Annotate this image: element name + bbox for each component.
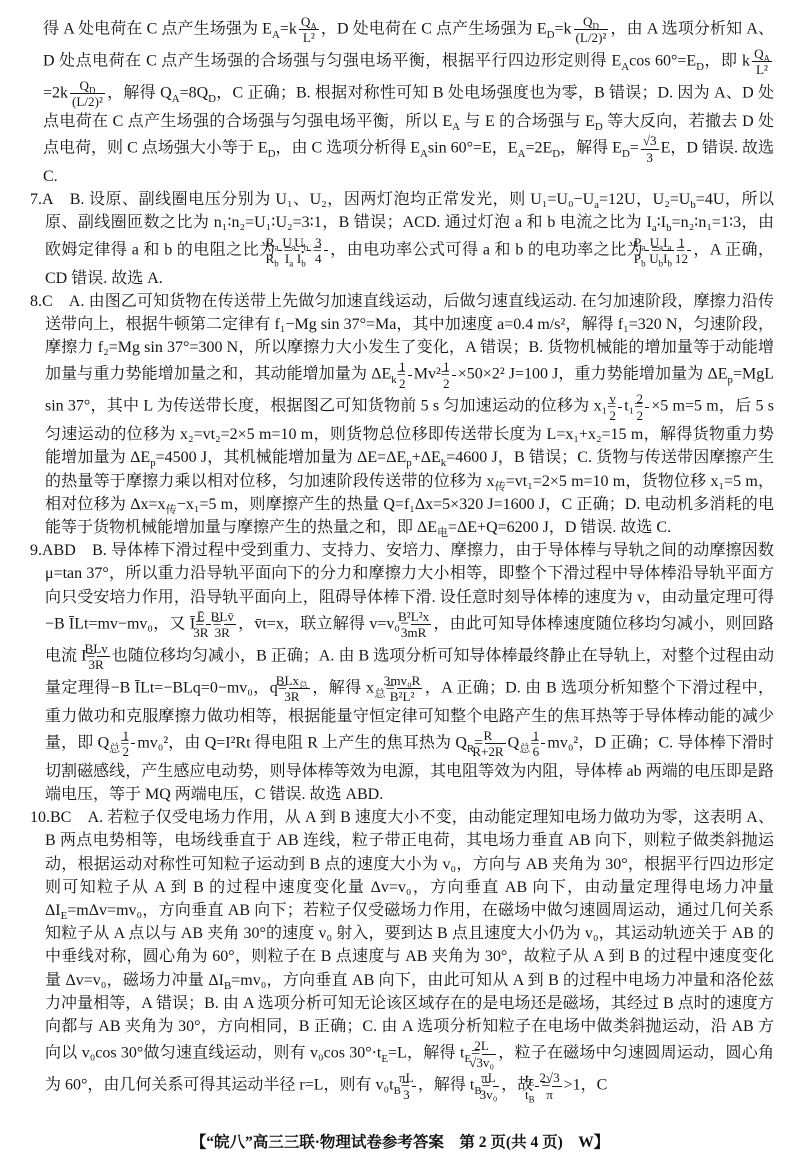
fraction: BLv̄3R — [224, 609, 236, 641]
fraction: 22 — [645, 391, 649, 423]
fraction: 3mv₀RB²L² — [397, 673, 423, 705]
fraction: RaRb — [278, 235, 282, 267]
fraction: BLx总3R — [289, 673, 310, 705]
fraction: 12 — [408, 359, 412, 391]
fraction: Ē3R — [206, 609, 210, 641]
fraction: √33 — [641, 133, 659, 165]
fraction: 2L√3v₀ — [482, 1038, 496, 1070]
fraction: 16 — [541, 728, 545, 760]
fraction: 112 — [687, 235, 691, 267]
fraction: BLv3R — [97, 641, 109, 673]
fraction: QD(L/2)² — [70, 78, 105, 110]
fraction: 34 — [324, 235, 328, 267]
fraction: QD(L/2)² — [574, 14, 609, 46]
fraction: UbIb — [307, 235, 311, 267]
answer-q6-continuation-paragraph: 得 A 处电荷在 C 点产生场强为 EA=kQAL²，D 处电荷在 C 点产生场… — [30, 14, 774, 188]
answer-q8-paragraph: 8.C A. 由图乙可知货物在传送带上先做匀加速直线运动，后做匀速直线运动. 在… — [30, 290, 774, 539]
answer-q10-paragraph: 10.BC A. 若粒子仅受电场力作用，从 A 到 B 速度大小不变，由动能定理… — [30, 806, 774, 1102]
fraction: UaIaUbIb — [662, 235, 674, 267]
fraction: πL3v₀ — [493, 1070, 500, 1102]
fraction: QAL² — [752, 46, 772, 78]
fraction: v2 — [618, 391, 622, 423]
answer-sheet-page: 得 A 处电荷在 C 点产生场强为 EA=kQAL²，D 处电荷在 C 点产生场… — [0, 0, 800, 1166]
fraction: 2√3π — [552, 1070, 561, 1102]
fraction: πL3 — [412, 1070, 416, 1102]
answer-q9-paragraph: 9.ABD B. 导体棒下滑过程中受到重力、支持力、安培力、摩擦力，由于导体棒与… — [30, 539, 774, 806]
fraction: B²L²x3mR — [411, 609, 431, 641]
fraction: 12 — [452, 359, 456, 391]
fraction: RR+2R — [485, 728, 505, 760]
fraction: QAL² — [299, 14, 319, 46]
answer-q7-paragraph: 7.A B. 设原、副线圈电压分别为 U₁、U₂，因两灯泡均正常发光，则 U₁=… — [30, 188, 774, 290]
fraction: 12 — [131, 728, 135, 760]
page-footer: 【“皖八”高三三联·物理试卷参考答案 第 2 页(共 4 页) W】 — [0, 1132, 800, 1154]
